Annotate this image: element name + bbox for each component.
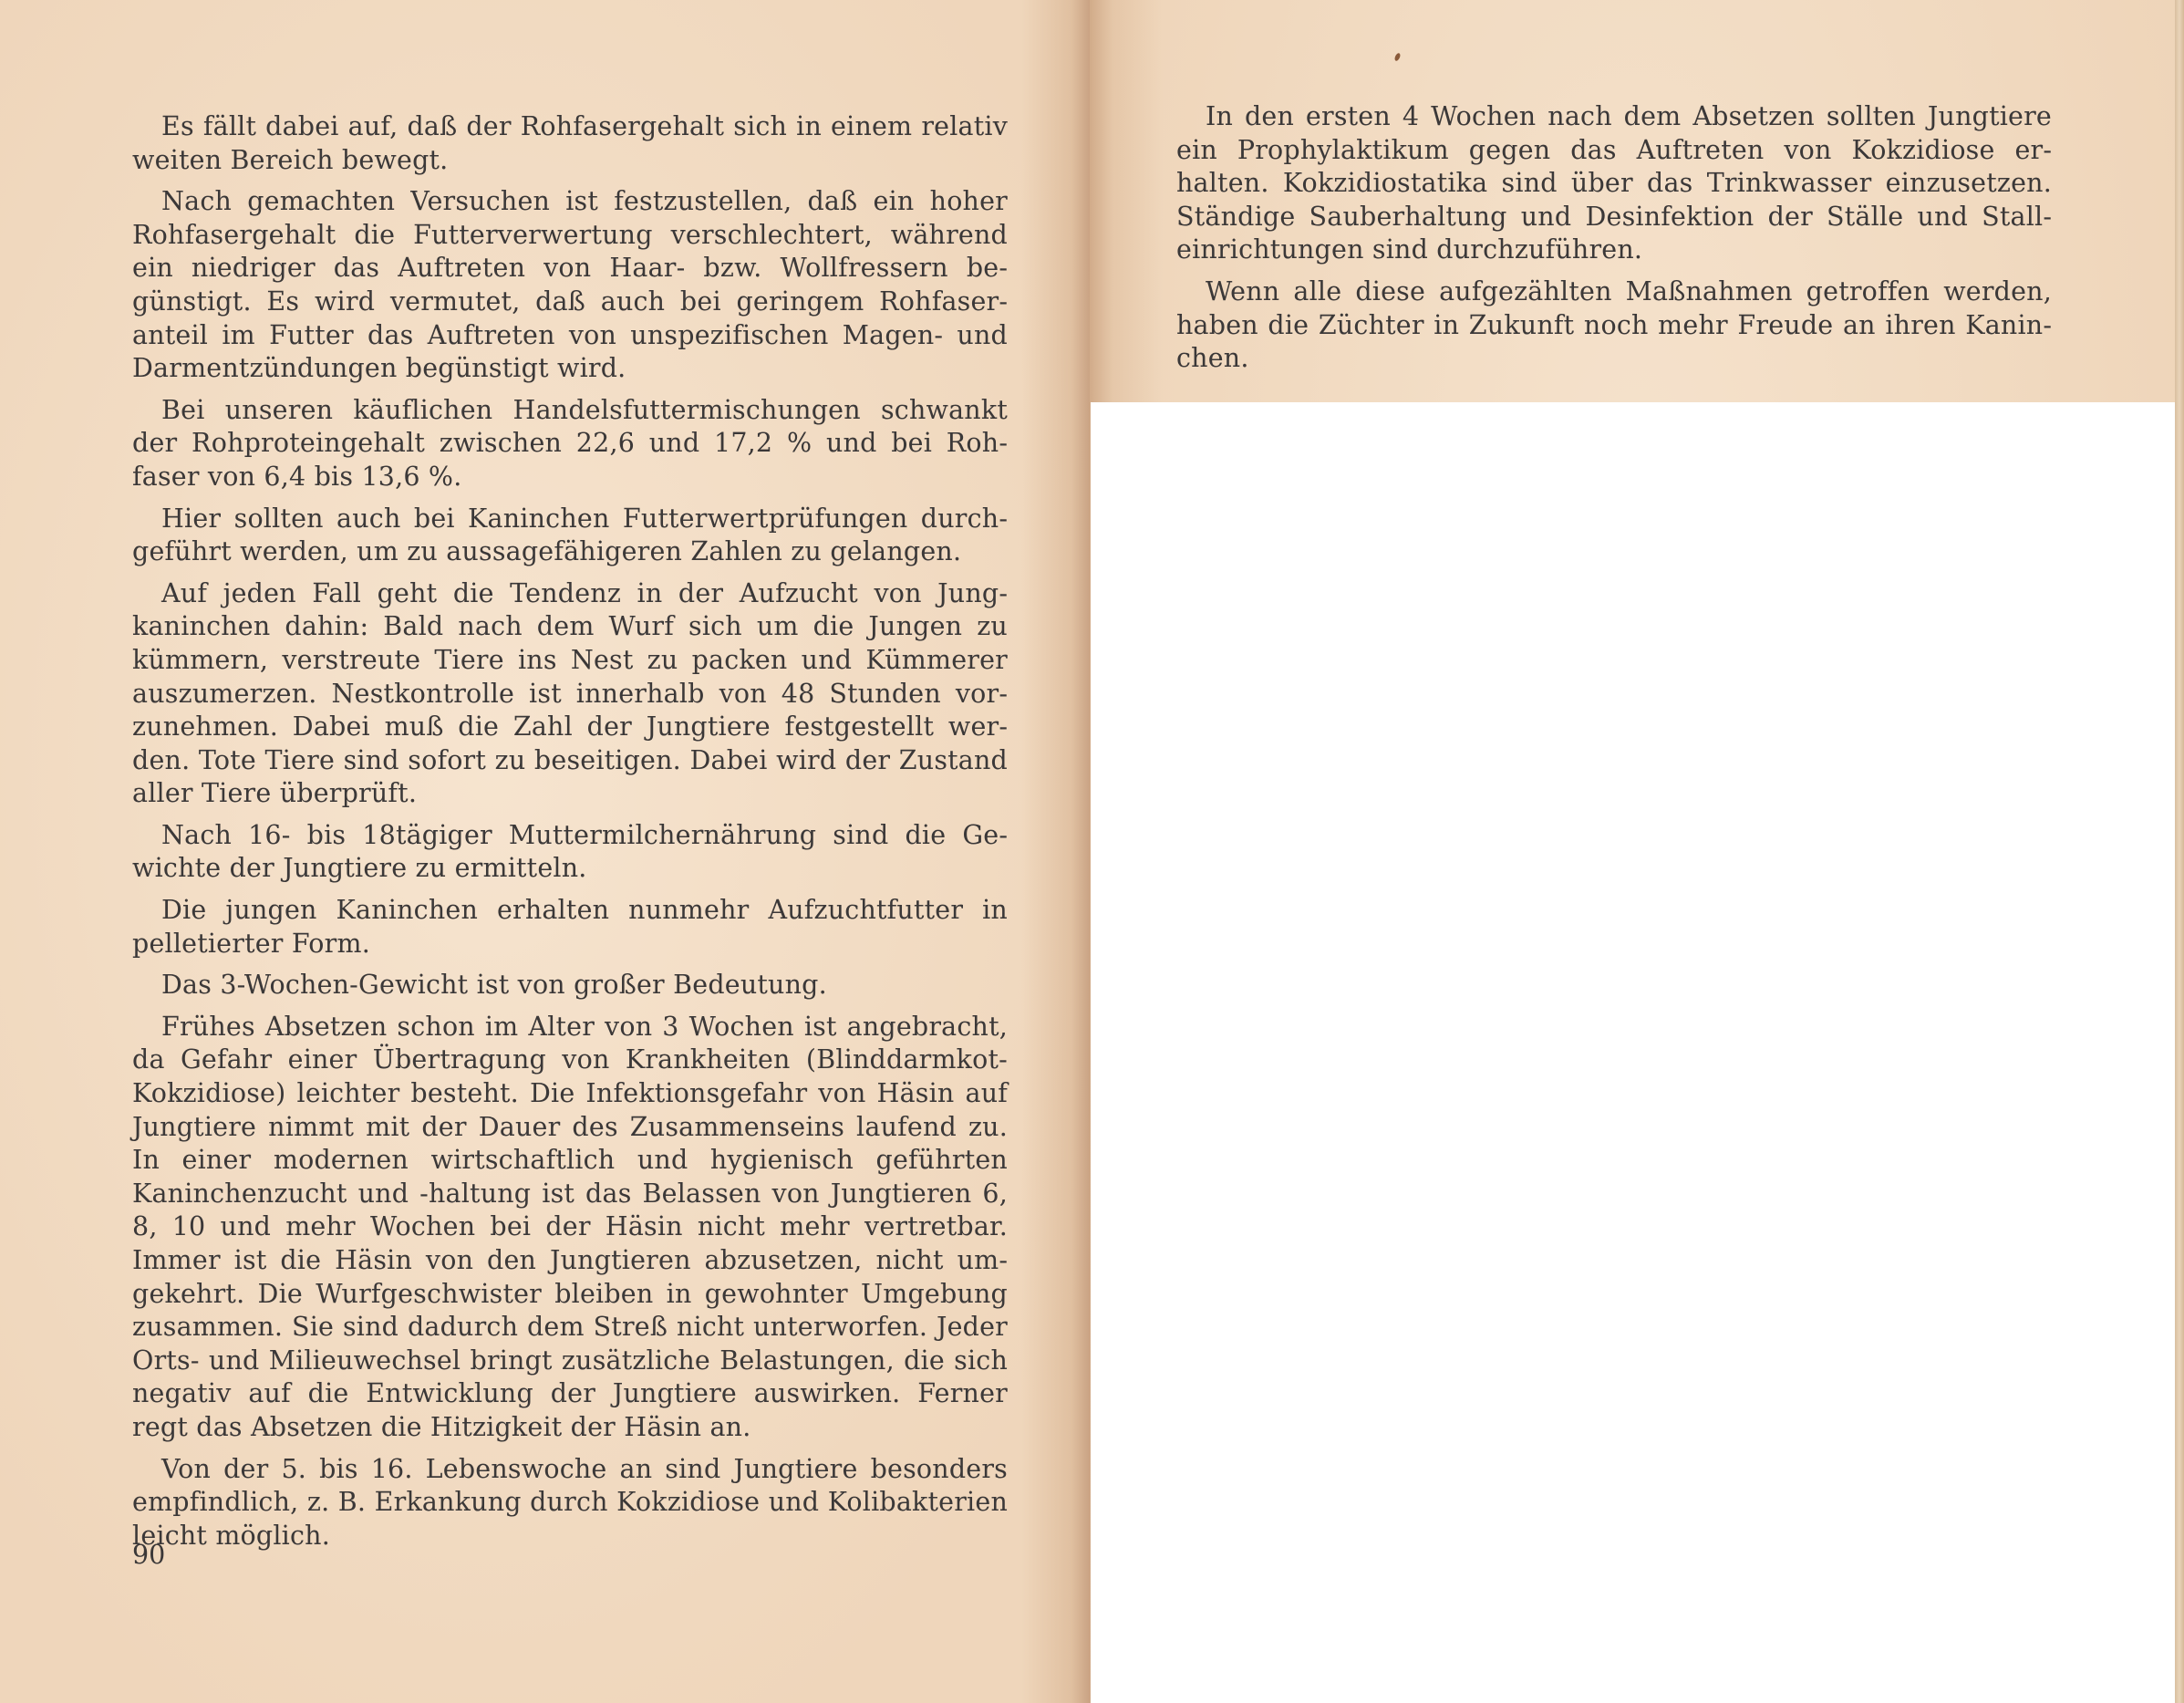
paragraph: Es fällt dabei auf, daß der Rohfasergeha… xyxy=(132,110,1008,177)
paragraph: Hier sollten auch bei Kaninchen Futterwe… xyxy=(132,503,1008,569)
paragraph: Das 3-Wochen-Gewicht ist von großer Bede… xyxy=(132,969,1008,1002)
left-page-body: Es fällt dabei auf, daß der Rohfasergeha… xyxy=(132,110,1008,1561)
paragraph: Bei unseren käuflichen Handelsfuttermisc… xyxy=(132,394,1008,494)
paragraph: Nach 16- bis 18tägiger Muttermilchernähr… xyxy=(132,819,1008,886)
paragraph: Wenn alle diese aufgezählten Maßnahmen g… xyxy=(1176,275,2052,376)
page-number: 90 xyxy=(132,1540,165,1570)
paragraph: Von der 5. bis 16. Lebenswoche an sind J… xyxy=(132,1453,1008,1553)
paragraph: Die jungen Kaninchen erhalten nunmehr Au… xyxy=(132,894,1008,961)
book-spread: Es fällt dabei auf, daß der Rohfasergeha… xyxy=(0,0,2184,1703)
blank-redacted-area xyxy=(1091,402,2177,1703)
paragraph: Nach gemachten Versuchen ist festzustell… xyxy=(132,185,1008,386)
page-edge xyxy=(2175,0,2184,1703)
left-page: Es fällt dabei auf, daß der Rohfasergeha… xyxy=(0,0,1090,1703)
paragraph: Frühes Absetzen schon im Alter von 3 Woc… xyxy=(132,1011,1008,1445)
paragraph: Auf jeden Fall geht die Tendenz in der A… xyxy=(132,577,1008,811)
right-page-body: In den ersten 4 Wochen nach dem Absetzen… xyxy=(1176,100,2052,384)
paragraph: In den ersten 4 Wochen nach dem Absetzen… xyxy=(1176,100,2052,267)
